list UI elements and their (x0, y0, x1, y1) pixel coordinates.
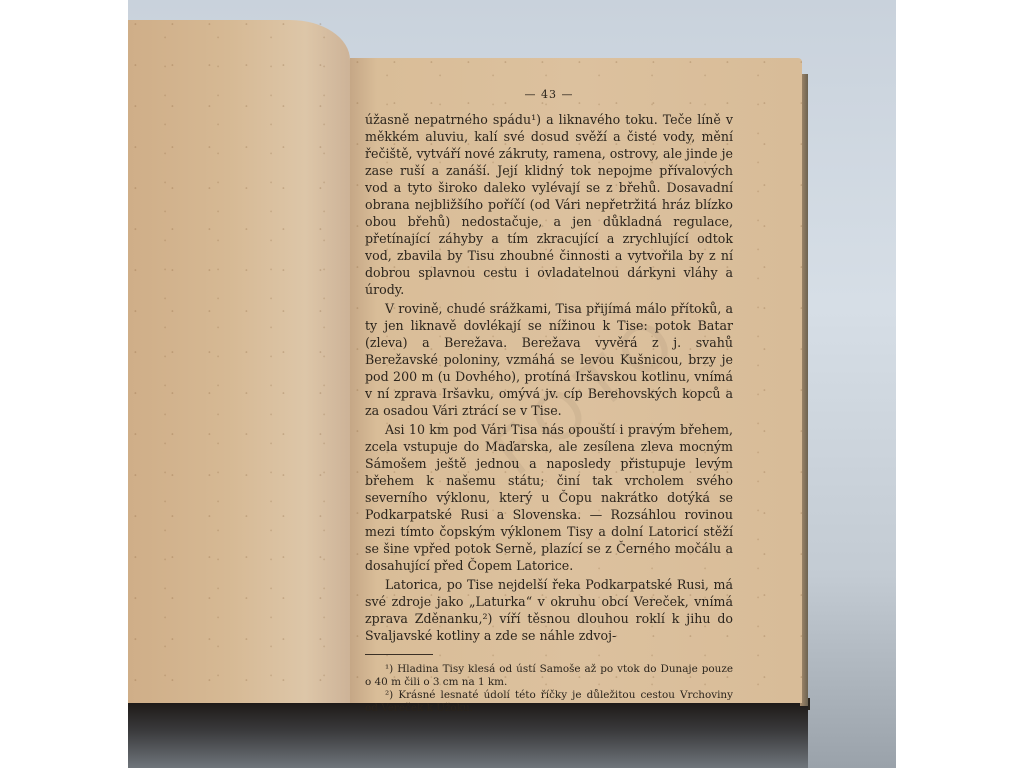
left-page (128, 20, 350, 703)
paragraph: Latorica, po Tise nejdelší řeka Podkarpa… (365, 576, 733, 644)
page-text: — 43 — úžasně nepatrného spádu¹) a likna… (365, 88, 733, 715)
book-photo: FOTO — 43 — úžasně nepatrného spádu¹) a … (128, 0, 896, 768)
page-number: — 43 — (365, 88, 733, 101)
paragraph: V rovině, chudé srážkami, Tisa přijímá m… (365, 300, 733, 419)
paragraph: Asi 10 km pod Vári Tisa nás opouští i pr… (365, 421, 733, 574)
paragraph: úžasně nepatrného spádu¹) a liknavého to… (365, 111, 733, 298)
footnote-divider (365, 654, 433, 655)
footnote: ²) Krásné lesnaté údolí této říčky je dů… (365, 689, 733, 715)
footnote: ¹) Hladina Tisy klesá od ústí Samoše až … (365, 663, 733, 689)
